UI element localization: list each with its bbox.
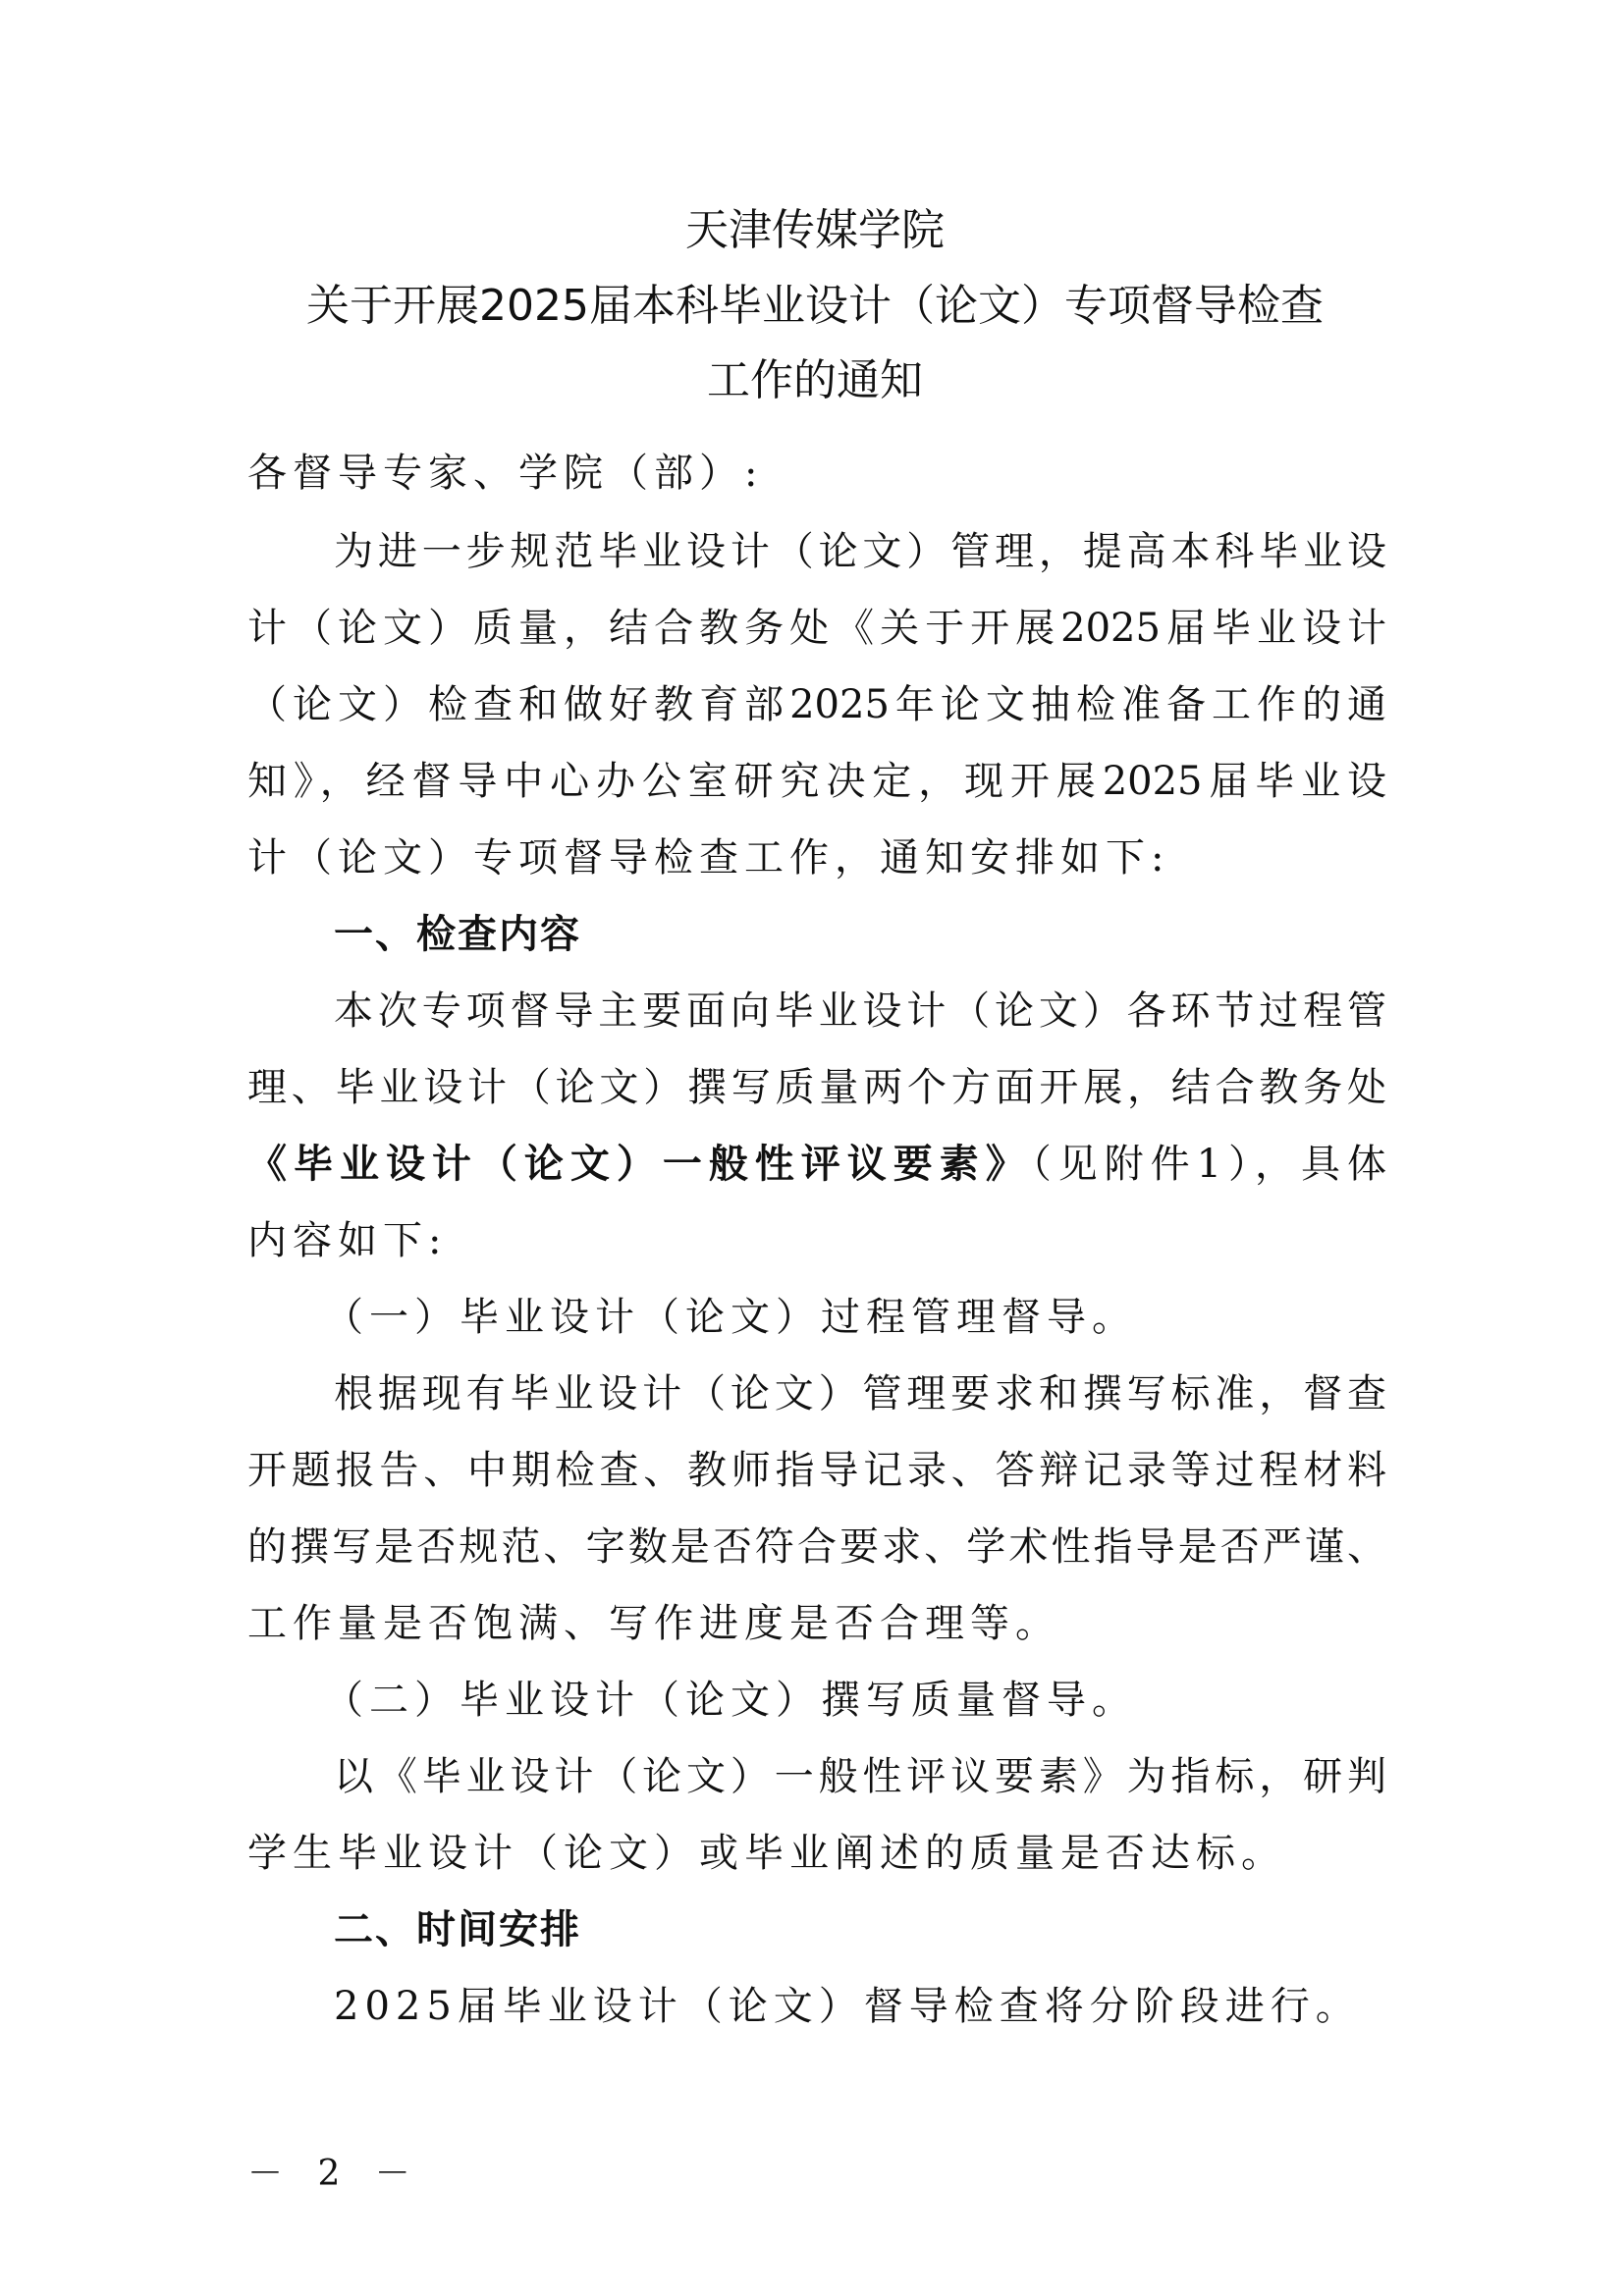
section1-para-line: 理、毕业设计（论文）撰写质量两个方面开展，结合教务处	[247, 1058, 1386, 1117]
sub1-line: 根据现有毕业设计（论文）管理要求和撰写标准，督查	[334, 1364, 1386, 1423]
section1-para-line: 内容如下:	[247, 1211, 1386, 1270]
evaluation-elements-reference: 《毕业设计（论文）一般性评议要素》	[247, 1141, 1032, 1187]
intro-line: 知》，经督导中心办公室研究决定，现开展2025届毕业设	[247, 752, 1386, 811]
intro-line: 计（论文）专项督导检查工作，通知安排如下:	[247, 828, 1386, 887]
sub1-line: 开题报告、中期检查、教师指导记录、答辩记录等过程材料	[247, 1441, 1386, 1500]
institution-title: 天津传媒学院	[245, 201, 1384, 260]
salutation: 各督导专家、学院（部）:	[247, 444, 1386, 503]
intro-line: 为进一步规范毕业设计（论文）管理，提高本科毕业设	[334, 522, 1386, 581]
intro-line: 计（论文）质量，结合教务处《关于开展2025届毕业设计	[247, 599, 1386, 658]
sub1-line: 工作量是否饱满、写作进度是否合理等。	[247, 1594, 1386, 1653]
section1-para-line: 本次专项督导主要面向毕业设计（论文）各环节过程管	[334, 982, 1386, 1041]
section2-line: 2025届毕业设计（论文）督导检查将分阶段进行。	[334, 1977, 1386, 2036]
sub2-line: 学生毕业设计（论文）或毕业阐述的质量是否达标。	[247, 1824, 1386, 1883]
attachment-reference: （见附件1），具体	[1032, 1142, 1386, 1187]
intro-line: （论文）检查和做好教育部2025年论文抽检准备工作的通	[247, 675, 1386, 734]
subsection-heading-writing-quality: （二）毕业设计（论文）撰写质量督导。	[324, 1671, 1377, 1730]
section-heading-inspection-content: 一、检查内容	[334, 905, 1386, 964]
section-heading-schedule: 二、时间安排	[334, 1900, 1386, 1959]
section1-para-line: 《毕业设计（论文）一般性评议要素》（见附件1），具体	[247, 1135, 1386, 1194]
notice-title-line-1: 关于开展2025届本科毕业设计（论文）专项督导检查	[245, 277, 1384, 336]
notice-title-line-2: 工作的通知	[245, 351, 1384, 410]
page-number: － 2 －	[247, 2150, 422, 2199]
document-page: 天津传媒学院 关于开展2025届本科毕业设计（论文）专项督导检查 工作的通知 各…	[0, 0, 1624, 2296]
sub2-line: 以《毕业设计（论文）一般性评议要素》为指标，研判	[334, 1747, 1386, 1806]
sub1-line: 的撰写是否规范、字数是否符合要求、学术性指导是否严谨、	[247, 1518, 1386, 1576]
subsection-heading-process-management: （一）毕业设计（论文）过程管理督导。	[324, 1288, 1377, 1347]
